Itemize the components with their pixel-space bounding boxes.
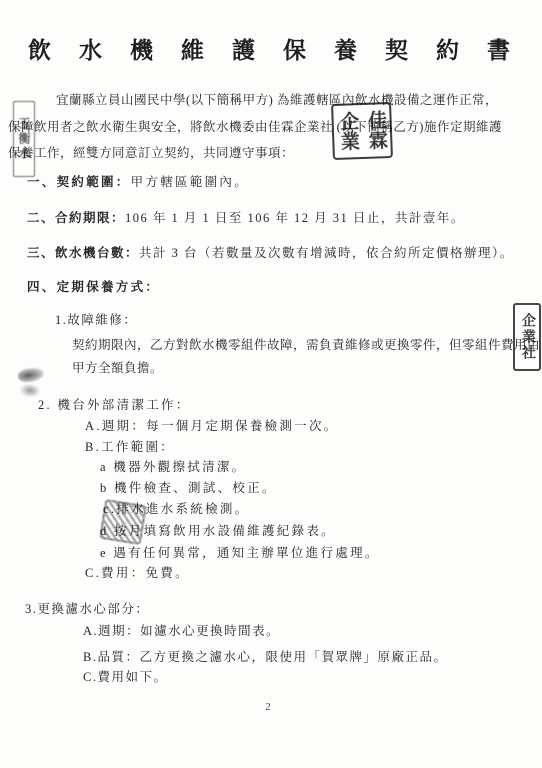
ink-smudge [17,366,45,383]
preamble-line-2: 保障飲用者之飲水衛生與安全，將飲水機委由佳霖企業社 (以下簡稱乙方)施作定期維護 [8,117,502,135]
margin-seal-stamp: 玉衡水 [13,101,35,177]
clause-term: 二、合約期限：106 年 1 月 1 日至 106 年 12 月 31 日止，共… [27,208,465,226]
page-number: 2 [258,701,278,713]
ink-dot [490,37,508,49]
document-title: 飲水機維護保養契約書 [28,32,538,65]
clause-scope-value: 甲方轄區範圍內。 [131,175,249,189]
filter-fee: C.費用如下。 [83,667,167,685]
repair-body-1: 契約期限內，乙方對飲水機零組件故障，需負責維修或更換零件，但零組件費用由 [72,335,540,353]
cleaning-heading: 2. 機台外部清潔工作： [38,395,191,413]
clause-scope: 一、契約範圍：甲方轄區範圍內。 [27,172,249,190]
repair-body-2: 甲方全額負擔。 [72,358,163,376]
ink-smudge-over-text [99,499,147,545]
edge-seal-text: 企業社 [520,313,534,361]
repair-heading: 1.故障維修： [55,310,137,328]
filter-heading: 3.更換濾水心部分： [25,599,149,617]
cleaning-cycle: A.週期：每一個月定期保養檢測一次。 [85,416,339,434]
clause-scope-label: 一、契約範圍： [27,175,131,189]
ink-smudge [19,383,40,398]
clause-term-value: 106 年 1 月 1 日至 106 年 12 月 31 日止，共計壹年。 [125,211,465,225]
preamble-line-1: 宜蘭縣立員山國民中學(以下簡稱甲方) 為維護轄區內飲水機設備之運作正常， [56,90,498,108]
company-seal-stamp: 佳霖 企業 [331,102,393,160]
cleaning-scope-e: e 遇有任何異常，通知主辦單位進行處理。 [100,543,380,561]
clause-units-label: 三、飲水機台數： [27,246,139,260]
company-seal-left-column: 企業 [338,111,358,152]
filter-quality: B.品質：乙方更換之濾水心，限使用「賀眾牌」原廠正品。 [83,647,447,665]
preamble-line-3: 保養工作，經雙方同意訂立契約，共同遵守事項： [8,143,294,161]
contract-page: 飲水機維護保養契約書 宜蘭縣立員山國民中學(以下簡稱甲方) 為維護轄區內飲水機設… [0,0,542,768]
cleaning-scope-a: a 機器外觀擦拭清潔。 [100,457,246,475]
clause-maintenance: 四、定期保養方式： [27,277,160,295]
clause-units-value: 共計 3 台（若數量及次數有增減時，依合約所定價格辦理）。 [139,246,514,260]
edge-seal-stamp: 企業社 [513,303,541,371]
clause-units: 三、飲水機台數：共計 3 台（若數量及次數有增減時，依合約所定價格辦理）。 [27,243,514,261]
company-seal-right-column: 佳霖 [366,110,386,151]
cleaning-scope-b: b 機件檢查、測試、校正。 [100,478,277,496]
clause-term-label: 二、合約期限： [27,211,125,225]
filter-cycle: A.週期：如濾水心更換時間表。 [83,621,280,639]
cleaning-fee: C.費用：免費。 [85,563,190,581]
clause-maintenance-label: 四、定期保養方式： [27,280,160,294]
margin-seal-text: 玉衡水 [18,117,30,162]
cleaning-scope-heading: B.工作範圍： [85,437,175,455]
